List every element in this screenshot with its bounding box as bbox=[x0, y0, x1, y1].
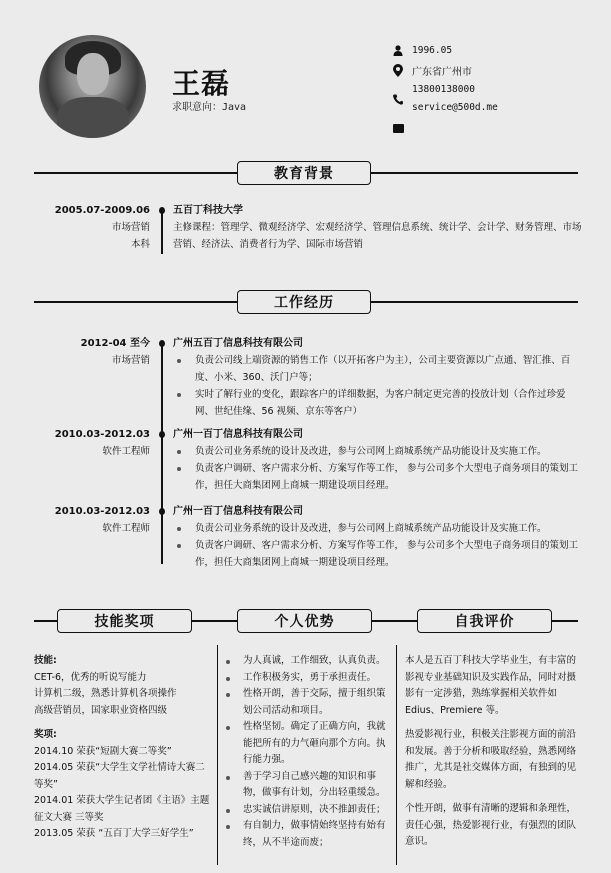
phone-number[interactable]: 13800138000 bbox=[412, 81, 498, 99]
duty-item: 负责公司线上端资源的销售工作（以开拓客户为主），公司主要资源以广点通、智汇推、百… bbox=[173, 352, 583, 386]
location: 广东省广州市 bbox=[412, 63, 472, 78]
work-company: 广州一百丁信息科技有限公司 bbox=[173, 503, 583, 520]
work-details-3: 广州一百丁信息科技有限公司 负责公司业务系统的设计及改进，参与公司网上商城系统产… bbox=[173, 503, 583, 571]
self-eval-column: 本人是五百丁科技大学毕业生，有丰富的影视专业基础知识及实践作品，同时对摄影有一定… bbox=[405, 653, 577, 859]
self-eval-title: 自我评价 bbox=[417, 609, 552, 633]
mail-icon bbox=[392, 124, 404, 133]
edu-date: 2005.07-2009.06 bbox=[55, 202, 150, 219]
award-item: 2014.05 荣获“大学生文学社情诗大赛二等奖” bbox=[34, 760, 210, 793]
work-company: 广州一百丁信息科技有限公司 bbox=[173, 426, 583, 443]
strength-item: 性格开朗，善于交际，擅于组织策划公司活动和项目。 bbox=[221, 686, 391, 719]
avatar-face bbox=[77, 53, 109, 95]
work-role: 软件工程师 bbox=[55, 520, 150, 537]
column-divider bbox=[217, 645, 218, 865]
avatar bbox=[39, 35, 146, 138]
duty-item: 负责公司业务系统的设计及改进，参与公司网上商城系统产品功能设计及实施工作。 bbox=[173, 520, 583, 537]
duty-item: 负责客户调研、客户需求分析、方案写作等工作， 参与公司多个大型电子商务项目的策划… bbox=[173, 460, 583, 494]
contact-mail bbox=[392, 118, 498, 138]
phone-icon bbox=[392, 94, 404, 105]
contact-location: 广东省广州市 bbox=[392, 60, 498, 80]
education-meta: 2005.07-2009.06 市场营销 本科 bbox=[55, 202, 150, 253]
award-item: 2014.01 荣获大学生记者团《主语》主题征文大赛 三等奖 bbox=[34, 793, 210, 826]
work-meta-3: 2010.03-2012.03 软件工程师 bbox=[55, 503, 150, 537]
strength-item: 善于学习自己感兴趣的知识和事物，做事有计划，分出轻重缓急。 bbox=[221, 769, 391, 802]
award-item: 2013.05 荣获 “五百丁大学三好学生” bbox=[34, 826, 210, 843]
work-date: 2012-04 至今 bbox=[81, 335, 150, 352]
strength-item: 忠实诚信讲原则，决不推卸责任； bbox=[221, 802, 391, 819]
strength-item: 工作积极务实，勇于承担责任。 bbox=[221, 670, 391, 687]
birth-date: 1996.05 bbox=[412, 45, 452, 56]
avatar-body bbox=[57, 97, 129, 138]
strength-item: 有自制力，做事情始终坚持有始有终，从不半途而废； bbox=[221, 818, 391, 851]
work-date: 2010.03-2012.03 bbox=[55, 426, 150, 443]
work-meta-2: 2010.03-2012.03 软件工程师 bbox=[55, 426, 150, 460]
timeline-dot bbox=[159, 340, 165, 347]
strengths-column: 为人真诚，工作细致，认真负责。 工作积极务实，勇于承担责任。 性格开朗，善于交际… bbox=[221, 653, 391, 851]
edu-major: 市场营销 bbox=[55, 219, 150, 236]
work-meta-1: 2012-04 至今 市场营销 bbox=[81, 335, 150, 369]
timeline-dot bbox=[159, 431, 165, 438]
person-icon bbox=[392, 45, 404, 56]
column-divider bbox=[396, 645, 397, 865]
work-title: 工作经历 bbox=[237, 290, 371, 314]
job-intent: 求职意向：Java bbox=[172, 98, 246, 113]
work-role: 软件工程师 bbox=[55, 443, 150, 460]
job-intent-label: 求职意向： bbox=[172, 102, 222, 113]
self-eval-paragraph: 本人是五百丁科技大学毕业生，有丰富的影视专业基础知识及实践作品，同时对摄影有一定… bbox=[405, 653, 577, 719]
skill-item: CET-6，优秀的听说写能力 bbox=[34, 670, 210, 687]
self-eval-paragraph: 热爱影视行业，积极关注影视方面的前沿和发展。善于分析和吸取经验，熟悉网络推广，尤… bbox=[405, 727, 577, 793]
award-item: 2014.10 荣获“短剧大赛二等奖” bbox=[34, 744, 210, 761]
work-duties: 负责公司线上端资源的销售工作（以开拓客户为主），公司主要资源以广点通、智汇推、百… bbox=[173, 352, 583, 420]
job-intent-value: Java bbox=[222, 102, 246, 113]
work-details-1: 广州五百丁信息科技有限公司 负责公司线上端资源的销售工作（以开拓客户为主），公司… bbox=[173, 335, 583, 420]
timeline-dot bbox=[159, 207, 165, 214]
work-timeline bbox=[161, 342, 163, 564]
strengths-title: 个人优势 bbox=[237, 609, 372, 633]
skill-item: 高级营销员，国家职业资格四级 bbox=[34, 703, 210, 720]
work-company: 广州五百丁信息科技有限公司 bbox=[173, 335, 583, 352]
candidate-name: 王磊 bbox=[172, 62, 230, 102]
contact-info: 1996.05 广东省广州市 13800138000 service@500d.… bbox=[392, 40, 498, 138]
timeline-dot bbox=[159, 508, 165, 515]
strength-item: 为人真诚，工作细致，认真负责。 bbox=[221, 653, 391, 670]
edu-courses: 主修课程：管理学、微观经济学、宏观经济学、管理信息系统、统计学、会计学、财务管理… bbox=[173, 219, 583, 253]
email-address[interactable]: service@500d.me bbox=[412, 99, 498, 117]
education-title: 教育背景 bbox=[237, 161, 371, 185]
work-duties: 负责公司业务系统的设计及改进，参与公司网上商城系统产品功能设计及实施工作。 负责… bbox=[173, 520, 583, 571]
skills-label: 技能: bbox=[34, 653, 210, 670]
self-eval-paragraph: 个性开朗，做事有清晰的逻辑和条理性，责任心强，热爱影视行业，有强烈的团队意识。 bbox=[405, 801, 577, 851]
edu-degree: 本科 bbox=[55, 236, 150, 253]
duty-item: 负责客户调研、客户需求分析、方案写作等工作， 参与公司多个大型电子商务项目的策划… bbox=[173, 537, 583, 571]
education-timeline bbox=[161, 209, 163, 254]
skill-item: 计算机二级，熟悉计算机各项操作 bbox=[34, 686, 210, 703]
edu-school: 五百丁科技大学 bbox=[173, 202, 583, 219]
duty-item: 实时了解行业的变化，跟踪客户的详细数据，为客户制定更完善的投放计划（合作过珍爱网… bbox=[173, 386, 583, 420]
work-date: 2010.03-2012.03 bbox=[55, 503, 150, 520]
duty-item: 负责公司业务系统的设计及改进，参与公司网上商城系统产品功能设计及实施工作。 bbox=[173, 443, 583, 460]
work-role: 市场营销 bbox=[81, 352, 150, 369]
contact-phone-email: 13800138000 service@500d.me bbox=[392, 80, 498, 118]
strength-item: 性格坚韧。确定了正确方向，我就能把所有的力气砸向那个方向。执行能力强。 bbox=[221, 719, 391, 769]
strengths-list: 为人真诚，工作细致，认真负责。 工作积极务实，勇于承担责任。 性格开朗，善于交际… bbox=[221, 653, 391, 851]
skills-column: 技能: CET-6，优秀的听说写能力 计算机二级，熟悉计算机各项操作 高级营销员… bbox=[34, 653, 210, 843]
education-details: 五百丁科技大学 主修课程：管理学、微观经济学、宏观经济学、管理信息系统、统计学、… bbox=[173, 202, 583, 253]
contact-birth: 1996.05 bbox=[392, 40, 498, 60]
location-pin-icon bbox=[392, 64, 404, 77]
work-duties: 负责公司业务系统的设计及改进，参与公司网上商城系统产品功能设计及实施工作。 负责… bbox=[173, 443, 583, 494]
work-details-2: 广州一百丁信息科技有限公司 负责公司业务系统的设计及改进，参与公司网上商城系统产… bbox=[173, 426, 583, 494]
skills-title: 技能奖项 bbox=[57, 609, 192, 633]
awards-label: 奖项: bbox=[34, 727, 210, 744]
